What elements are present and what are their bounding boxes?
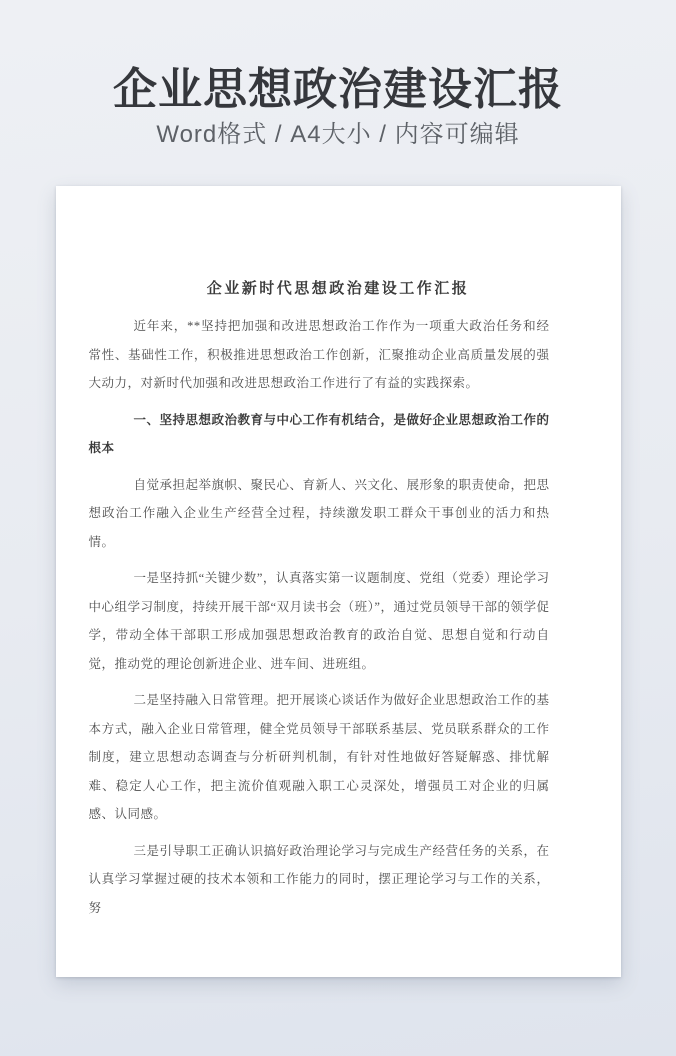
body-paragraph: 近年来，**坚持把加强和改进思想政治工作作为一项重大政治任务和经常性、基础性工作… — [89, 312, 550, 398]
section-heading: 一、坚持思想政治教育与中心工作有机结合，是做好企业思想政治工作的根本 — [89, 406, 550, 463]
body-paragraph: 三是引导职工正确认识搞好政治理论学习与完成生产经营任务的关系，在认真学习掌握过硬… — [89, 837, 550, 923]
template-preview: 企业思想政治建设汇报 Word格式 / A4大小 / 内容可编辑 企业新时代思想… — [0, 0, 676, 977]
banner: 企业思想政治建设汇报 Word格式 / A4大小 / 内容可编辑 — [0, 0, 676, 152]
body-paragraph: 一是坚持抓“关键少数”，认真落实第一议题制度、党组（党委）理论学习中心组学习制度… — [89, 564, 550, 678]
document-title: 企业新时代思想政治建设工作汇报 — [89, 279, 588, 299]
banner-subtitle: Word格式 / A4大小 / 内容可编辑 — [0, 118, 676, 152]
document-page: 企业新时代思想政治建设工作汇报 近年来，**坚持把加强和改进思想政治工作作为一项… — [56, 186, 621, 977]
body-paragraph: 自觉承担起举旗帜、聚民心、育新人、兴文化、展形象的职责使命，把思想政治工作融入企… — [89, 471, 550, 557]
banner-title: 企业思想政治建设汇报 — [0, 62, 676, 118]
body-paragraph: 二是坚持融入日常管理。把开展谈心谈话作为做好企业思想政治工作的基本方式，融入企业… — [89, 686, 550, 829]
document-paragraphs: 近年来，**坚持把加强和改进思想政治工作作为一项重大政治任务和经常性、基础性工作… — [89, 312, 550, 922]
